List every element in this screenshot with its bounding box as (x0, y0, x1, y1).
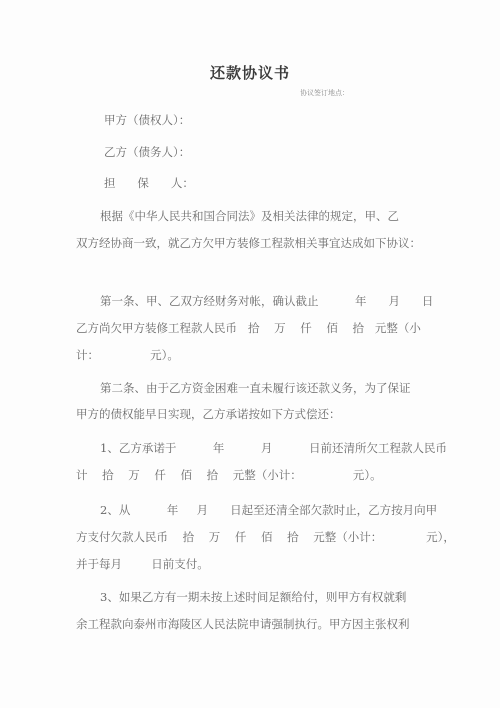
document-title: 还款协议书 (0, 62, 500, 83)
preamble-line-2: 双方经协商一致，就乙方欠甲方装修工程款相关事宜达成如下协议： (76, 235, 421, 251)
preamble-line-1: 根据《中华人民共和国合同法》及相关法律的规定，甲、乙 (100, 208, 399, 224)
article1-line-1: 第一条、甲、乙双方经财务对帐，确认截止 年 月 日 (100, 293, 433, 309)
clause1-line-1: 1、乙方承诺于 年 月 日前还清所欠工程款人民币 (100, 440, 447, 456)
agreement-page: 还款协议书 协议签订地点： 甲方（债权人）： 乙方（债务人）： 担 保 人： 根… (0, 0, 500, 708)
article2-line-1: 第二条、由于乙方资金困难一直未履行该还款义务，为了保证 (100, 380, 411, 396)
clause2-line-2: 方支付欠款人民币 拾 万 仟 佰 拾 元整（小计： 元）， (76, 529, 455, 545)
article2-line-2: 甲方的债权能早日实现，乙方承诺按如下方式偿还： (76, 406, 341, 422)
signing-place-label: 协议签订地点： (300, 88, 349, 98)
clause2-line-1: 2、从 年 月 日起至还清全部欠款时止，乙方按月向甲 (100, 502, 437, 518)
clause2-line-3: 并于每月 日前支付。 (76, 556, 209, 572)
article1-line-3: 计： 元）。 (76, 347, 179, 363)
clause3-line-1: 3、如果乙方有一期未按上述时间足额给付，则甲方有权就剩 (100, 589, 406, 605)
clause1-line-2: 计 拾 万 仟 佰 拾 元整（小计： 元）。 (76, 467, 382, 483)
clause3-line-2: 余工程款向泰州市海陵区人民法院申请强制执行。甲方因主张权利 (76, 616, 410, 632)
guarantor-label: 担 保 人： (104, 175, 194, 191)
debtor-label: 乙方（债务人）： (104, 144, 190, 160)
creditor-label: 甲方（债权人）： (104, 112, 190, 128)
article1-line-2: 乙方尚欠甲方装修工程款人民币 拾 万 仟 佰 拾 元整（小 (76, 320, 421, 336)
